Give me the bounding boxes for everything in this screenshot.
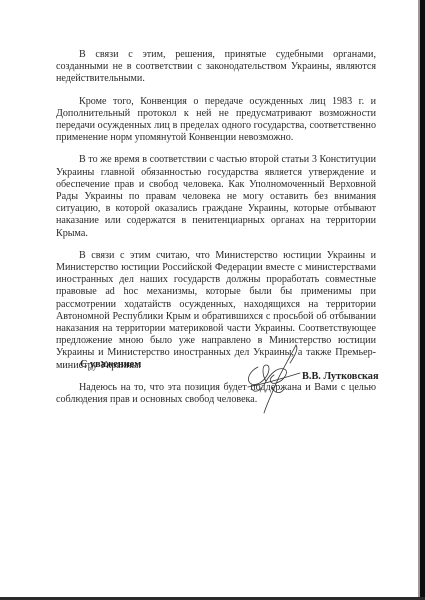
paragraph-proposal: В связи с этим считаю, что Министерство … <box>56 250 376 372</box>
scan-edge-right <box>420 0 425 600</box>
paragraph-hope: Надеюсь на то, что эта позиция будет под… <box>56 382 376 406</box>
document-page: В связи с этим, решения, принятые судебн… <box>0 0 420 597</box>
paragraph-constitution: В то же время в соответствии с частью вт… <box>56 154 376 239</box>
paragraph-convention: Кроме того, Конвенция о передаче осужден… <box>56 96 376 145</box>
handwritten-signature-icon <box>244 343 304 415</box>
closing-salutation: С уважением <box>80 359 141 370</box>
signatory-name: В.В. Лутковская <box>302 371 379 382</box>
paragraph-invalid-decisions: В связи с этим, решения, принятые судебн… <box>56 49 376 86</box>
